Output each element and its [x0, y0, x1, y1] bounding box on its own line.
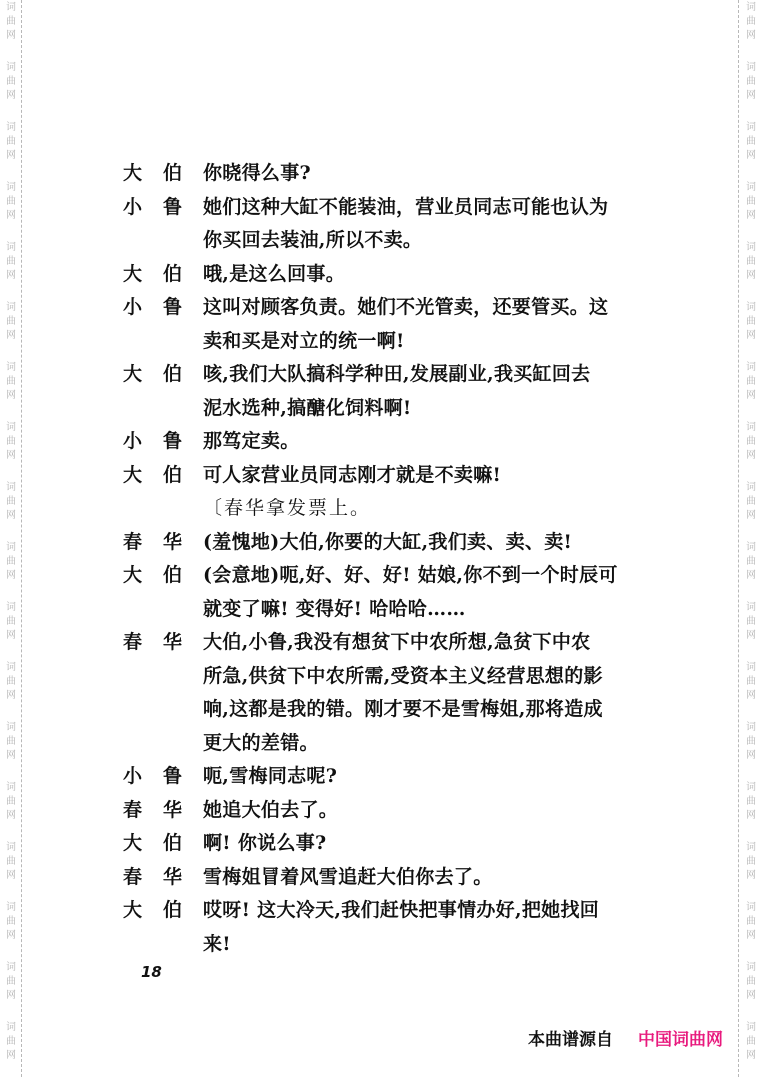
watermark-char: 曲 [743, 615, 759, 629]
speaker-char: 大 [123, 259, 142, 289]
page-number: 18 [141, 963, 162, 981]
watermark-char: 网 [3, 269, 19, 283]
watermark-char: 词 [3, 601, 19, 615]
watermark-char: 词 [3, 421, 19, 435]
watermark-char: 网 [3, 569, 19, 583]
watermark-char: 网 [743, 449, 759, 463]
dashed-divider-left [21, 0, 22, 1077]
watermark-char: 曲 [3, 135, 19, 149]
watermark-group: 词曲网 [3, 841, 19, 883]
watermark-char: 词 [3, 241, 19, 255]
watermark-char: 曲 [3, 915, 19, 929]
watermark-char: 网 [743, 1049, 759, 1063]
watermark-group: 词曲网 [743, 601, 759, 643]
watermark-char: 词 [3, 721, 19, 735]
speaker-char: 华 [163, 862, 182, 892]
watermark-char: 词 [3, 181, 19, 195]
watermark-char: 曲 [3, 15, 19, 29]
watermark-char: 曲 [3, 555, 19, 569]
speaker-char: 华 [163, 627, 182, 657]
speaker-char: 小 [123, 426, 142, 456]
watermark-char: 词 [3, 541, 19, 555]
watermark-char: 网 [743, 569, 759, 583]
watermark-char: 曲 [743, 135, 759, 149]
watermark-char: 网 [3, 89, 19, 103]
watermark-char: 网 [3, 389, 19, 403]
dialogue-text: 她追大伯去了。 [203, 795, 338, 825]
watermark-char: 曲 [3, 195, 19, 209]
dialogue-line: 就变了嘛! 变得好! 哈哈哈…… [123, 594, 623, 628]
watermark-group: 词曲网 [3, 1, 19, 43]
dialogue-text: 呃,雪梅同志呢? [203, 761, 337, 791]
speaker-char: 春 [123, 527, 142, 557]
watermark-group: 词曲网 [743, 481, 759, 523]
dialogue-text: 咳,我们大队搞科学种田,发展副业,我买缸回去 [203, 359, 590, 389]
speaker-char: 大 [123, 460, 142, 490]
watermark-char: 曲 [743, 915, 759, 929]
watermark-group: 词曲网 [743, 541, 759, 583]
dialogue-text: 哦,是这么回事。 [203, 259, 345, 289]
watermark-char: 词 [743, 121, 759, 135]
watermark-char: 词 [743, 421, 759, 435]
watermark-group: 词曲网 [743, 421, 759, 463]
dialogue-line: 春华(羞愧地)大伯,你要的大缸,我们卖、卖、卖! [123, 527, 623, 561]
watermark-char: 词 [743, 901, 759, 915]
dialogue-line: 卖和买是对立的统一啊! [123, 326, 623, 360]
watermark-char: 曲 [3, 735, 19, 749]
watermark-group: 词曲网 [743, 661, 759, 703]
watermark-char: 曲 [3, 675, 19, 689]
watermark-group: 词曲网 [3, 661, 19, 703]
dialogue-text: 响,这都是我的错。刚才要不是雪梅姐,那将造成 [203, 694, 603, 724]
watermark-char: 网 [3, 869, 19, 883]
watermark-char: 词 [743, 1021, 759, 1035]
dialogue-text: 可人家营业员同志刚才就是不卖嘛! [203, 460, 501, 490]
watermark-strip-right: 词曲网词曲网词曲网词曲网词曲网词曲网词曲网词曲网词曲网词曲网词曲网词曲网词曲网词… [743, 0, 759, 1077]
watermark-group: 词曲网 [3, 481, 19, 523]
watermark-group: 词曲网 [743, 841, 759, 883]
speaker-char: 大 [123, 158, 142, 188]
watermark-char: 词 [743, 961, 759, 975]
watermark-char: 网 [743, 749, 759, 763]
watermark-char: 网 [3, 29, 19, 43]
watermark-char: 网 [743, 149, 759, 163]
watermark-char: 网 [3, 629, 19, 643]
dialogue-text: 所急,供贫下中农所需,受资本主义经营思想的影 [203, 661, 603, 691]
speaker-char: 伯 [163, 359, 182, 389]
watermark-char: 网 [3, 449, 19, 463]
watermark-char: 网 [3, 989, 19, 1003]
watermark-char: 曲 [743, 435, 759, 449]
watermark-group: 词曲网 [743, 1021, 759, 1063]
watermark-group: 词曲网 [3, 721, 19, 763]
dialogue-text: 泥水选种,搞醣化饲料啊! [203, 393, 412, 423]
watermark-char: 网 [3, 749, 19, 763]
watermark-char: 网 [743, 689, 759, 703]
dialogue-line: 大伯你晓得么事? [123, 158, 623, 192]
watermark-char: 词 [3, 961, 19, 975]
watermark-char: 曲 [3, 75, 19, 89]
watermark-char: 词 [743, 1, 759, 15]
watermark-char: 词 [3, 901, 19, 915]
source-prefix: 本曲谱源自 [528, 1025, 613, 1050]
dialogue-line: 更大的差错。 [123, 728, 623, 762]
dialogue-line: 小鲁呃,雪梅同志呢? [123, 761, 623, 795]
watermark-char: 词 [3, 1, 19, 15]
watermark-char: 曲 [743, 495, 759, 509]
dialogue-text: 来! [203, 929, 231, 959]
watermark-group: 词曲网 [3, 781, 19, 823]
watermark-group: 词曲网 [743, 1, 759, 43]
dialogue-line: 你买回去装油,所以不卖。 [123, 225, 623, 259]
watermark-group: 词曲网 [743, 901, 759, 943]
watermark-char: 网 [743, 509, 759, 523]
watermark-char: 词 [743, 61, 759, 75]
watermark-char: 曲 [3, 375, 19, 389]
speaker-char: 鲁 [163, 192, 182, 222]
watermark-char: 网 [743, 929, 759, 943]
watermark-char: 词 [743, 541, 759, 555]
watermark-group: 词曲网 [743, 61, 759, 103]
watermark-char: 曲 [743, 855, 759, 869]
watermark-char: 曲 [3, 795, 19, 809]
watermark-char: 网 [743, 389, 759, 403]
dialogue-line: 春华雪梅姐冒着风雪追赶大伯你去了。 [123, 862, 623, 896]
dialogue-text: 你买回去装油,所以不卖。 [203, 225, 422, 255]
watermark-char: 曲 [3, 255, 19, 269]
watermark-char: 网 [3, 149, 19, 163]
speaker-char: 华 [163, 795, 182, 825]
dialogue-text: 啊! 你说么事? [203, 828, 327, 858]
watermark-char: 网 [743, 629, 759, 643]
watermark-group: 词曲网 [3, 361, 19, 403]
speaker-char: 大 [123, 895, 142, 925]
dialogue-text: 更大的差错。 [203, 728, 319, 758]
watermark-char: 曲 [743, 555, 759, 569]
watermark-char: 词 [743, 661, 759, 675]
dialogue-text: 那笃定卖。 [203, 426, 300, 456]
watermark-char: 曲 [3, 1035, 19, 1049]
watermark-char: 词 [3, 481, 19, 495]
watermark-char: 曲 [743, 75, 759, 89]
watermark-group: 词曲网 [3, 61, 19, 103]
dialogue-line: 春华大伯,小鲁,我没有想贫下中农所想,急贫下中农 [123, 627, 623, 661]
dialogue-line: 所急,供贫下中农所需,受资本主义经营思想的影 [123, 661, 623, 695]
watermark-group: 词曲网 [3, 601, 19, 643]
watermark-char: 网 [743, 809, 759, 823]
speaker-char: 伯 [163, 158, 182, 188]
dialogue-text: 卖和买是对立的统一啊! [203, 326, 405, 356]
watermark-char: 网 [743, 29, 759, 43]
speaker-char: 小 [123, 292, 142, 322]
speaker-char: 鲁 [163, 426, 182, 456]
watermark-char: 曲 [3, 315, 19, 329]
watermark-group: 词曲网 [743, 301, 759, 343]
watermark-char: 词 [3, 661, 19, 675]
dialogue-text: 这叫对顾客负责。她们不光管卖，还要管买。这 [203, 292, 608, 322]
watermark-group: 词曲网 [3, 241, 19, 283]
watermark-char: 曲 [743, 735, 759, 749]
watermark-char: 词 [743, 781, 759, 795]
watermark-char: 曲 [3, 975, 19, 989]
watermark-char: 网 [743, 89, 759, 103]
dialogue-line: 大伯可人家营业员同志刚才就是不卖嘛! [123, 460, 623, 494]
watermark-char: 网 [3, 1049, 19, 1063]
watermark-strip-left: 词曲网词曲网词曲网词曲网词曲网词曲网词曲网词曲网词曲网词曲网词曲网词曲网词曲网词… [3, 0, 19, 1077]
dialogue-text: 你晓得么事? [203, 158, 311, 188]
watermark-group: 词曲网 [3, 181, 19, 223]
dialogue-line: 泥水选种,搞醣化饲料啊! [123, 393, 623, 427]
watermark-char: 网 [743, 989, 759, 1003]
watermark-group: 词曲网 [3, 901, 19, 943]
speaker-char: 大 [123, 560, 142, 590]
speaker-char: 伯 [163, 560, 182, 590]
watermark-char: 网 [3, 689, 19, 703]
speaker-char: 小 [123, 192, 142, 222]
dialogue-line: 春华她追大伯去了。 [123, 795, 623, 829]
speaker-char: 伯 [163, 895, 182, 925]
script-body: 大伯你晓得么事?小鲁她们这种大缸不能装油，营业员同志可能也认为你买回去装油,所以… [123, 158, 623, 962]
source-site-link[interactable]: 中国词曲网 [638, 1025, 723, 1050]
watermark-char: 词 [3, 301, 19, 315]
watermark-group: 词曲网 [3, 541, 19, 583]
dialogue-text: 哎呀! 这大冷天,我们赶快把事情办好,把她找回 [203, 895, 599, 925]
dialogue-text: 雪梅姐冒着风雪追赶大伯你去了。 [203, 862, 493, 892]
speaker-char: 大 [123, 828, 142, 858]
watermark-char: 曲 [743, 375, 759, 389]
watermark-char: 曲 [3, 615, 19, 629]
watermark-group: 词曲网 [743, 361, 759, 403]
watermark-char: 网 [743, 869, 759, 883]
watermark-group: 词曲网 [3, 301, 19, 343]
watermark-char: 曲 [3, 855, 19, 869]
watermark-group: 词曲网 [3, 121, 19, 163]
watermark-group: 词曲网 [743, 121, 759, 163]
speaker-char: 鲁 [163, 761, 182, 791]
watermark-char: 网 [3, 509, 19, 523]
dialogue-text: 大伯,小鲁,我没有想贫下中农所想,急贫下中农 [203, 627, 590, 657]
watermark-char: 词 [743, 241, 759, 255]
watermark-char: 词 [3, 361, 19, 375]
watermark-char: 词 [3, 61, 19, 75]
watermark-char: 词 [3, 781, 19, 795]
watermark-char: 词 [743, 361, 759, 375]
dialogue-text: 就变了嘛! 变得好! 哈哈哈…… [203, 594, 466, 624]
speaker-char: 春 [123, 795, 142, 825]
watermark-char: 曲 [743, 795, 759, 809]
dialogue-line: 响,这都是我的错。刚才要不是雪梅姐,那将造成 [123, 694, 623, 728]
watermark-group: 词曲网 [743, 241, 759, 283]
dialogue-line: 大伯咳,我们大队搞科学种田,发展副业,我买缸回去 [123, 359, 623, 393]
dialogue-line: 大伯(会意地)呃,好、好、好! 姑娘,你不到一个时辰可 [123, 560, 623, 594]
dialogue-text: 她们这种大缸不能装油，营业员同志可能也认为 [203, 192, 608, 222]
dialogue-line: 大伯啊! 你说么事? [123, 828, 623, 862]
watermark-char: 曲 [743, 195, 759, 209]
watermark-char: 词 [743, 181, 759, 195]
watermark-char: 词 [3, 121, 19, 135]
watermark-group: 词曲网 [743, 961, 759, 1003]
watermark-char: 曲 [743, 255, 759, 269]
watermark-char: 曲 [743, 315, 759, 329]
stage-direction: 〔春华拿发票上。 [203, 493, 371, 523]
dialogue-line: 大伯哦,是这么回事。 [123, 259, 623, 293]
dialogue-line: 小鲁那笃定卖。 [123, 426, 623, 460]
watermark-char: 网 [3, 329, 19, 343]
watermark-group: 词曲网 [3, 961, 19, 1003]
watermark-char: 曲 [743, 675, 759, 689]
watermark-char: 曲 [3, 435, 19, 449]
watermark-char: 网 [743, 269, 759, 283]
watermark-char: 网 [3, 929, 19, 943]
watermark-char: 曲 [743, 975, 759, 989]
watermark-char: 词 [743, 721, 759, 735]
speaker-char: 大 [123, 359, 142, 389]
watermark-char: 网 [3, 209, 19, 223]
dialogue-line: 来! [123, 929, 623, 963]
dialogue-text: (羞愧地)大伯,你要的大缸,我们卖、卖、卖! [203, 527, 572, 557]
watermark-group: 词曲网 [743, 721, 759, 763]
speaker-char: 鲁 [163, 292, 182, 322]
dialogue-line: 大伯哎呀! 这大冷天,我们赶快把事情办好,把她找回 [123, 895, 623, 929]
speaker-char: 伯 [163, 259, 182, 289]
dialogue-text: (会意地)呃,好、好、好! 姑娘,你不到一个时辰可 [203, 560, 618, 590]
watermark-char: 曲 [743, 1035, 759, 1049]
watermark-group: 词曲网 [3, 421, 19, 463]
dashed-divider-right [738, 0, 739, 1077]
watermark-char: 网 [743, 209, 759, 223]
watermark-char: 曲 [743, 15, 759, 29]
speaker-char: 春 [123, 627, 142, 657]
watermark-char: 词 [3, 1021, 19, 1035]
speaker-char: 春 [123, 862, 142, 892]
watermark-char: 词 [3, 841, 19, 855]
watermark-group: 词曲网 [743, 781, 759, 823]
watermark-group: 词曲网 [3, 1021, 19, 1063]
speaker-char: 华 [163, 527, 182, 557]
watermark-char: 词 [743, 841, 759, 855]
speaker-char: 小 [123, 761, 142, 791]
watermark-char: 曲 [3, 495, 19, 509]
watermark-char: 网 [743, 329, 759, 343]
watermark-char: 词 [743, 601, 759, 615]
watermark-group: 词曲网 [743, 181, 759, 223]
watermark-char: 词 [743, 481, 759, 495]
watermark-char: 词 [743, 301, 759, 315]
speaker-char: 伯 [163, 460, 182, 490]
dialogue-line: 〔春华拿发票上。 [123, 493, 623, 527]
watermark-char: 网 [3, 809, 19, 823]
dialogue-line: 小鲁她们这种大缸不能装油，营业员同志可能也认为 [123, 192, 623, 226]
dialogue-line: 小鲁这叫对顾客负责。她们不光管卖，还要管买。这 [123, 292, 623, 326]
speaker-char: 伯 [163, 828, 182, 858]
